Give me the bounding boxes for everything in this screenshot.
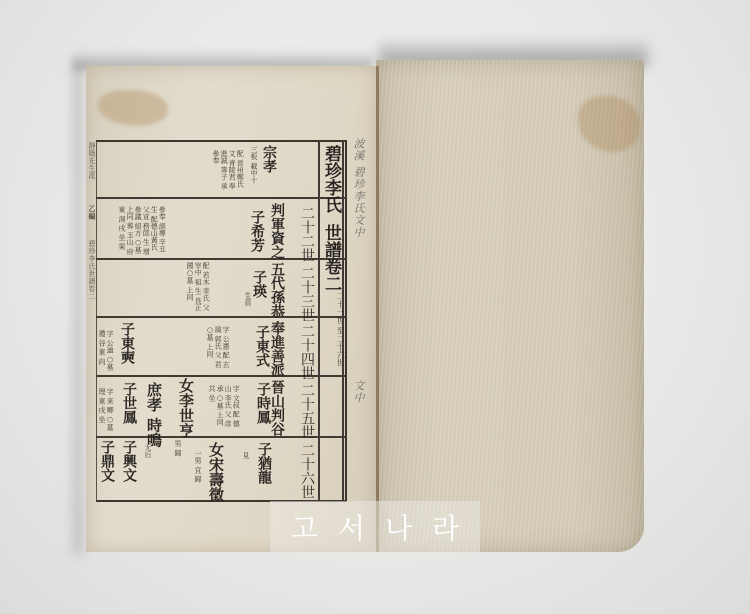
entry-detail: 男 歸: [174, 440, 182, 456]
book-spine: [376, 66, 379, 552]
entry-detail: 配 若木 李氏 父 宰中 祖 生 良正 國○墓 上同: [186, 262, 210, 314]
entry-name: 子東奭: [120, 322, 134, 364]
lineage-name-25: 晉山判谷: [270, 380, 284, 436]
clan-title: 碧珍李氏: [322, 145, 339, 213]
page-shadow-edge: [72, 65, 84, 555]
entry-name: 子東式: [255, 325, 269, 367]
generation-column-divider: [318, 140, 320, 500]
entry-name: 宗孝: [262, 145, 276, 173]
lineage-name-22: 判軍資之: [270, 203, 284, 259]
entry-name: 庶孝 時鳴: [146, 382, 161, 447]
handwritten-note-bottom: 文中: [350, 380, 366, 404]
lineage-name-23: 五代孫恭: [270, 262, 284, 318]
entry-name: 子時鳳: [256, 382, 270, 424]
entry-name: 女李世亨: [178, 378, 193, 438]
entry-detail: 字 來 卿 ○墓 理 東 戌 坐: [98, 388, 114, 434]
entry-note: 三板 載中十: [250, 146, 258, 183]
generation-label-24: 二十四世: [300, 324, 314, 380]
volume-title: 世譜卷二: [322, 224, 339, 292]
entry-detail: 字 公迪 ○墓 禮 谷 東 向: [98, 330, 114, 374]
generation-label-26: 二十六世: [300, 443, 314, 499]
generation-label-25: 二十五世: [300, 383, 314, 439]
watermark: 고서나라: [270, 501, 480, 553]
entry-name: 子世鳳: [122, 382, 136, 424]
lineage-name-24: 奉進善派: [270, 321, 284, 377]
entry-detail: 字 文叔 配 德山 李氏 父 彦承 ○墓 上同 共 坐: [208, 385, 240, 433]
generation-range: 二十一世 至二十六世: [336, 292, 345, 367]
entry-detail: 无后: [144, 444, 152, 458]
entry-detail: 字 公憲 配 玄風 郭氏 父 君○墓 上同: [206, 326, 230, 372]
entry-name: 子瑛: [252, 270, 266, 298]
generation-label-22: 二十二世: [300, 206, 314, 262]
row-divider: [96, 197, 346, 199]
entry-name: 子鼎文: [100, 440, 114, 482]
entry-detail: 一男 宜 歸: [194, 450, 202, 482]
entry-name: 子興文: [122, 440, 136, 482]
entry-note: 生員: [244, 292, 252, 306]
handwritten-note-top: 波溪 碧珍李氏文中: [350, 138, 366, 239]
entry-name: 子猶龍: [257, 442, 271, 484]
generation-label-23: 二十三世: [300, 266, 314, 322]
entry-detail: 配 晉州鄭氏 文 青陵君 奉進誠 筭子 承參奉: [212, 150, 244, 195]
entry-name: 子希芳: [250, 210, 264, 252]
entry-name: 女宋壽徵: [208, 442, 223, 502]
entry-detail: 參奉 訓導 辛丑生 配德山黃氏 父宣 務郎 生 增參議 紹方 ○墓 上同 葬 玉…: [118, 206, 166, 256]
entry-detail: 見: [242, 452, 250, 459]
